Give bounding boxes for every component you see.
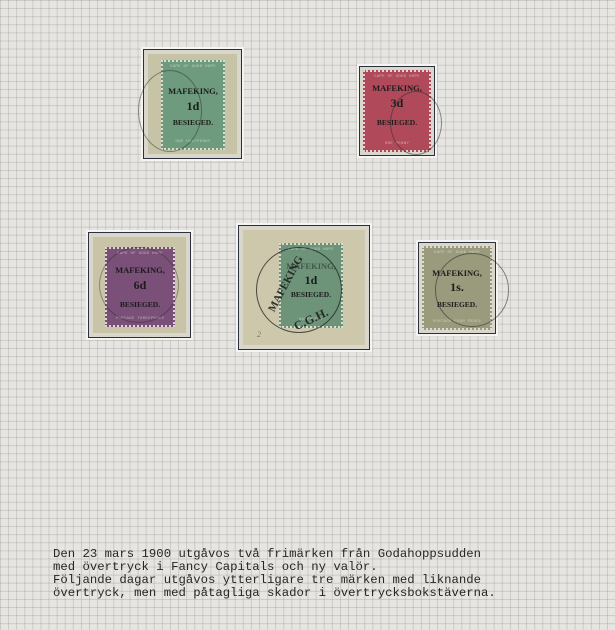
stamp-mount-1: CAPE OF GOOD HOPE MAFEKING, 1d BESIEGED.…: [143, 49, 242, 159]
postmark: [99, 247, 179, 323]
pencil-note: 2: [257, 330, 261, 339]
stamp-mount-5: CAPE OF GOOD HOPE MAFEKING, 1s. BESIEGED…: [418, 242, 496, 334]
caption-line: övertryck, men med påtagliga skador i öv…: [53, 587, 496, 600]
stamp-top-legend: CAPE OF GOOD HOPE: [163, 65, 223, 69]
stamp-mount-4: CAPE OF GOOD HOPE MAFEKING, 1d BESIEGED.…: [238, 225, 370, 350]
postmark: [390, 91, 442, 155]
page-caption: Den 23 mars 1900 utgåvos två frimärken f…: [53, 548, 496, 600]
stamp-top-legend: CAPE OF GOOD HOPE: [365, 75, 429, 79]
postmark: [138, 70, 202, 152]
stamp-mount-3: CAPE OF GOOD HOPE MAFEKING, 6d BESIEGED.…: [88, 232, 191, 338]
postmark: [435, 253, 509, 327]
stamp-mount-2: CAPE OF GOOD HOPE MAFEKING, 3d BESIEGED.…: [359, 66, 435, 156]
